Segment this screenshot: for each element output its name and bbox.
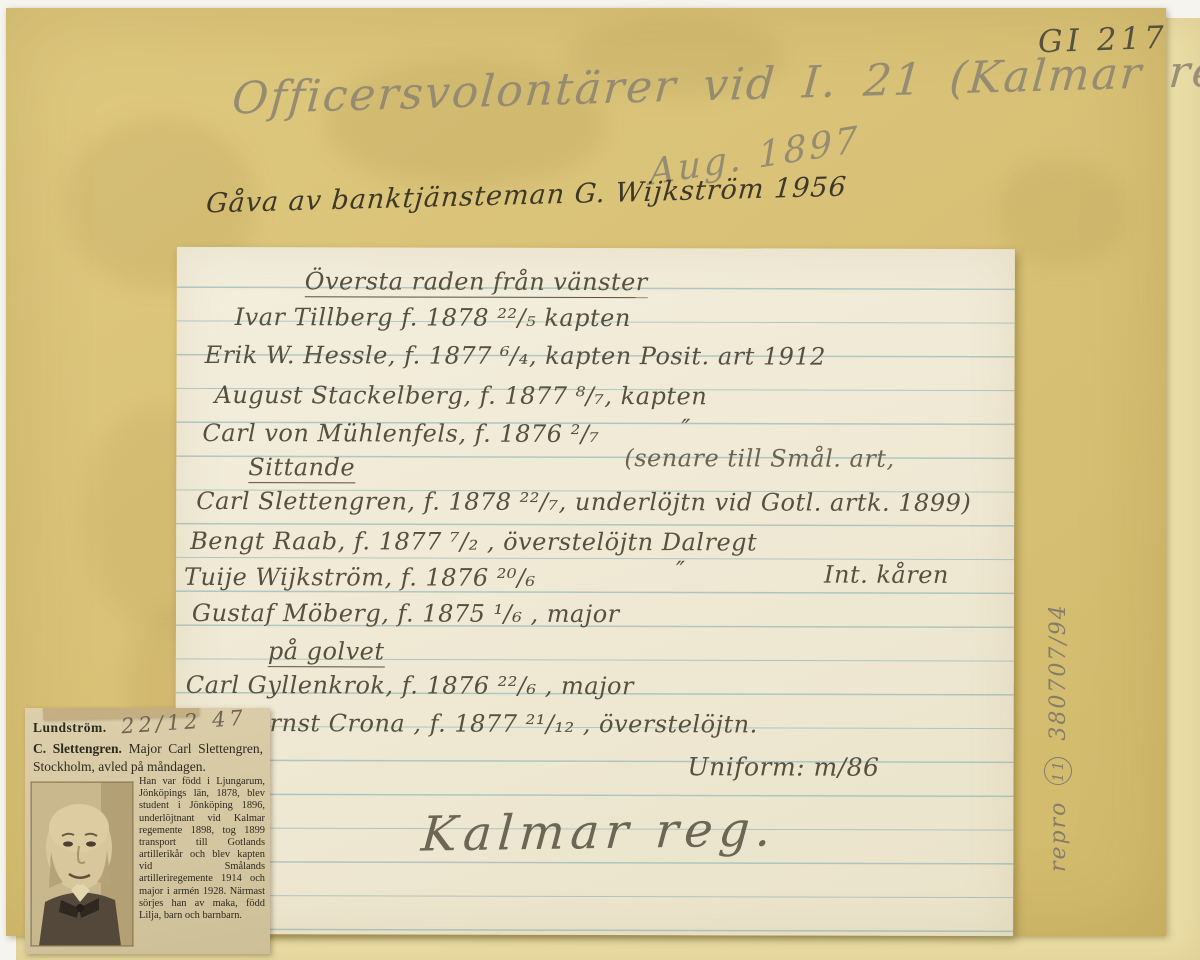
note-section-heading-top-row: Översta raden från vänster xyxy=(305,267,648,296)
note-line-stackelberg: August Stackelberg, f. 1877 ⁸/₇, kapten xyxy=(214,381,707,410)
note-line-wijkstrom: Tuije Wijkström, f. 1876 ²⁰/₆ xyxy=(184,563,536,592)
repro-circled-number: 11 xyxy=(1044,757,1072,785)
note-section-heading-floor: på golvet xyxy=(268,637,385,665)
portrait-photo xyxy=(31,782,133,946)
note-sitting-sidenote: (senare till Smål. art, xyxy=(624,444,894,473)
clipping-source-label: Lundström. xyxy=(33,720,107,736)
clipping-handwritten-date: 22/12 47 xyxy=(120,708,247,738)
note-line-gyllenkrok: Carl Gyllenkrok, f. 1876 ²²/₆ , major xyxy=(186,671,634,700)
clipping-headline: C. Slettengren. Major Carl Slettengren, … xyxy=(33,740,263,775)
note-regiment-annotation: Kalmar reg. xyxy=(419,801,779,862)
ditto-mark: ″ xyxy=(681,414,691,442)
note-uniform-annotation: Uniform: m/86 xyxy=(688,752,880,782)
lined-note-paper: Översta raden från vänster Ivar Tillberg… xyxy=(175,247,1015,936)
repro-label: repro xyxy=(1046,801,1071,872)
repro-annotation: repro 11 380707/94 xyxy=(1044,603,1072,872)
note-wijkstrom-sidenote: Int. kåren xyxy=(824,561,949,589)
ditto-mark: ″ xyxy=(676,556,686,584)
note-line-raab: Bengt Raab, f. 1877 ⁷/₂ , överstelöjtn D… xyxy=(190,527,757,556)
stain xyxy=(996,158,1126,268)
clipping-headline-name: C. Slettengren. xyxy=(33,741,122,756)
note-line-tillberg: Ivar Tillberg f. 1878 ²²/₅ kapten xyxy=(235,303,631,332)
newspaper-clipping: Lundström. 22/12 47 C. Slettengren. Majo… xyxy=(25,708,270,954)
note-line-hessle: Erik W. Hessle, f. 1877 ⁶/₄, kapten Posi… xyxy=(205,341,826,371)
note-line-moberg: Gustaf Möberg, f. 1875 ¹/₆ , major xyxy=(192,599,620,628)
note-line-crona: Ernst Crona , f. 1877 ²¹/₁₂ , överstelöj… xyxy=(252,709,758,738)
note-line-slettengren: Carl Slettengren, f. 1878 ²²/₇, underlöj… xyxy=(196,487,971,517)
note-section-heading-sitting: Sittande xyxy=(248,453,355,481)
clipping-body-text: Han var född i Ljungarum, Jönköpings län… xyxy=(139,776,265,950)
negative-number: 380707/94 xyxy=(1046,603,1071,740)
scanned-archive-card: GI 217 Officersvolontärer vid I. 21 (Kal… xyxy=(0,0,1200,960)
note-line-muhlenfels: Carl von Mühlenfels, f. 1876 ²/₇ xyxy=(202,419,599,448)
